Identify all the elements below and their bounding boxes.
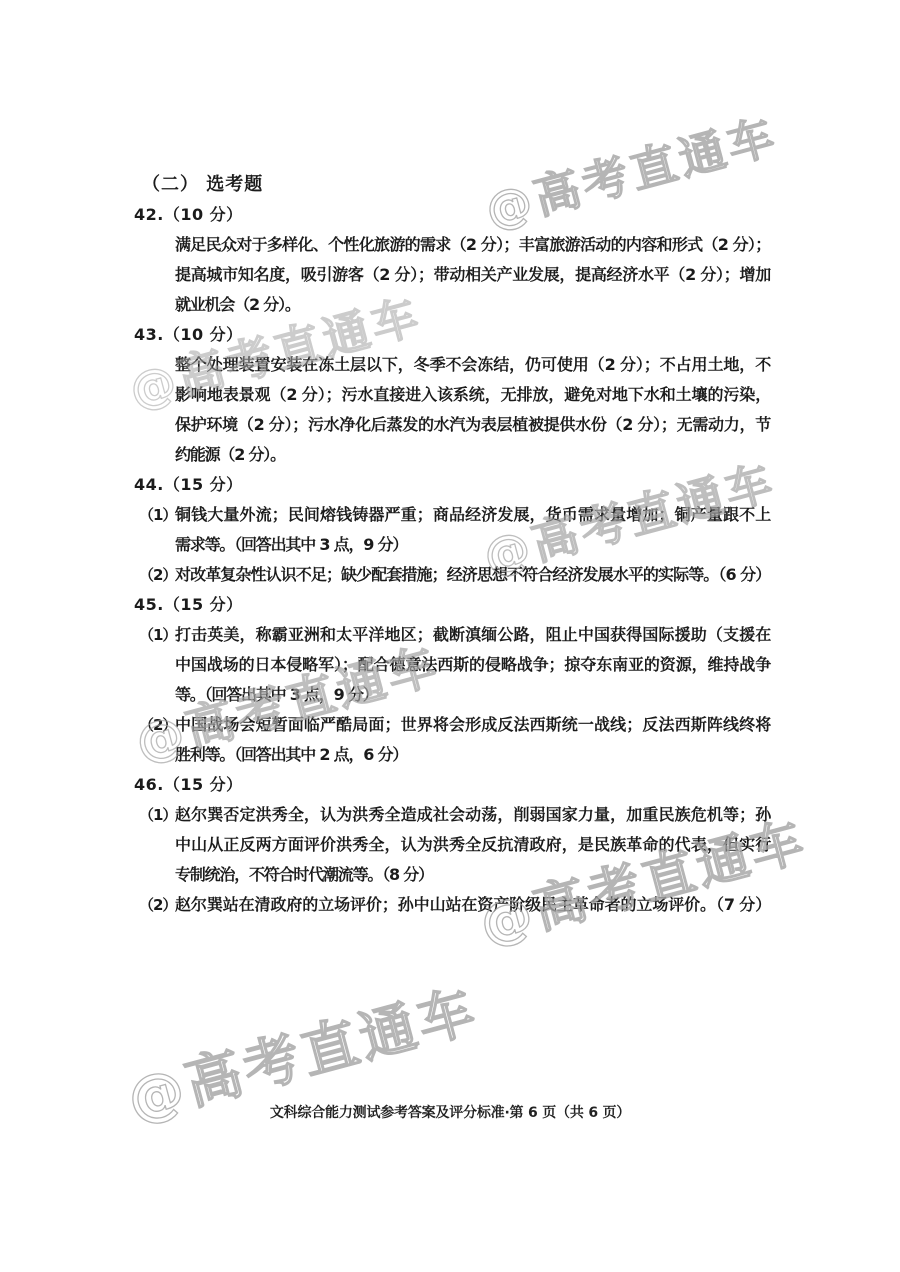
answer-line: 中国战场的日本侵略军）；配合德意法西斯的侵略战争；掠夺东南亚的资源，维持战争 [175,650,770,680]
answer-line: 赵尔巽站在清政府的立场评价；孙中山站在资产阶级民主革命者的立场评价。（7 分） [175,890,770,920]
answer-part: （1） 铜钱大量外流；民间熔钱铸器严重；商品经济发展，货币需求量增加；铜产量跟不… [175,500,770,560]
section-heading: （二） 选考题 [133,170,770,200]
answer-part: （1） 赵尔巽否定洪秀全，认为洪秀全造成社会动荡，削弱国家力量，加重民族危机等；… [175,800,770,890]
answer-line: 需求等。（回答出其中 3 点，9 分） [175,530,770,560]
scanned-answer-page: @高考直通车 @高考直通车 @高考直通车 @高考直通车 @高考直通车 @高考直通… [0,0,900,1272]
answer-line: 赵尔巽否定洪秀全，认为洪秀全造成社会动荡，削弱国家力量，加重民族危机等；孙 [175,800,770,830]
answer-line: 就业机会（2 分）。 [175,290,770,320]
answer-line: 打击英美，称霸亚洲和太平洋地区；截断滇缅公路，阻止中国获得国际援助（支援在 [175,620,770,650]
part-label: （2） [139,560,175,590]
answer-part: 整个处理装置安装在冻土层以下，冬季不会冻结，仍可使用（2 分）；不占用土地，不 … [175,350,770,470]
question-number-44: 44.（15 分） [133,470,770,500]
part-label: （2） [139,890,175,920]
answer-part: 满足民众对于多样化、个性化旅游的需求（2 分）；丰富旅游活动的内容和形式（2 分… [175,230,770,320]
answer-part: （2） 中国战场会短暂面临严酷局面；世界将会形成反法西斯统一战线；反法西斯阵线终… [175,710,770,770]
answer-line: 整个处理装置安装在冻土层以下，冬季不会冻结，仍可使用（2 分）；不占用土地，不 [175,350,770,380]
question-number-46: 46.（15 分） [133,770,770,800]
part-label: （2） [139,710,175,740]
answer-line: 中山从正反两方面评价洪秀全，认为洪秀全反抗清政府，是民族革命的代表，但实行 [175,830,770,860]
answer-line: 满足民众对于多样化、个性化旅游的需求（2 分）；丰富旅游活动的内容和形式（2 分… [175,230,770,260]
page-footer: 文科综合能力测试参考答案及评分标准·第 6 页（共 6 页） [0,1102,900,1122]
part-label: （1） [139,800,175,830]
answer-line: 胜利等。（回答出其中 2 点，6 分） [175,740,770,770]
answer-line: 对改革复杂性认识不足；缺少配套措施；经济思想不符合经济发展水平的实际等。（6 分… [175,560,770,590]
answer-line: 保护环境（2 分）；污水净化后蒸发的水汽为表层植被提供水份（2 分）；无需动力，… [175,410,770,440]
answer-line: 等。（回答出其中 3 点，9 分） [175,680,770,710]
answer-line: 约能源（2 分）。 [175,440,770,470]
answer-line: 提高城市知名度，吸引游客（2 分）；带动相关产业发展，提高经济水平（2 分）；增… [175,260,770,290]
answer-part: （1） 打击英美，称霸亚洲和太平洋地区；截断滇缅公路，阻止中国获得国际援助（支援… [175,620,770,710]
answer-part: （2） 对改革复杂性认识不足；缺少配套措施；经济思想不符合经济发展水平的实际等。… [175,560,770,590]
question-number-43: 43.（10 分） [133,320,770,350]
part-label: （1） [139,620,175,650]
answer-line: 影响地表景观（2 分）；污水直接进入该系统，无排放，避免对地下水和土壤的污染， [175,380,770,410]
answer-line: 中国战场会短暂面临严酷局面；世界将会形成反法西斯统一战线；反法西斯阵线终将 [175,710,770,740]
answer-line: 专制统治，不符合时代潮流等。（8 分） [175,860,770,890]
answer-line: 铜钱大量外流；民间熔钱铸器严重；商品经济发展，货币需求量增加；铜产量跟不上 [175,500,770,530]
answer-part: （2） 赵尔巽站在清政府的立场评价；孙中山站在资产阶级民主革命者的立场评价。（7… [175,890,770,920]
part-label: （1） [139,500,175,530]
question-number-42: 42.（10 分） [133,200,770,230]
question-number-45: 45.（15 分） [133,590,770,620]
answer-content: （二） 选考题 42.（10 分） 满足民众对于多样化、个性化旅游的需求（2 分… [133,170,770,920]
